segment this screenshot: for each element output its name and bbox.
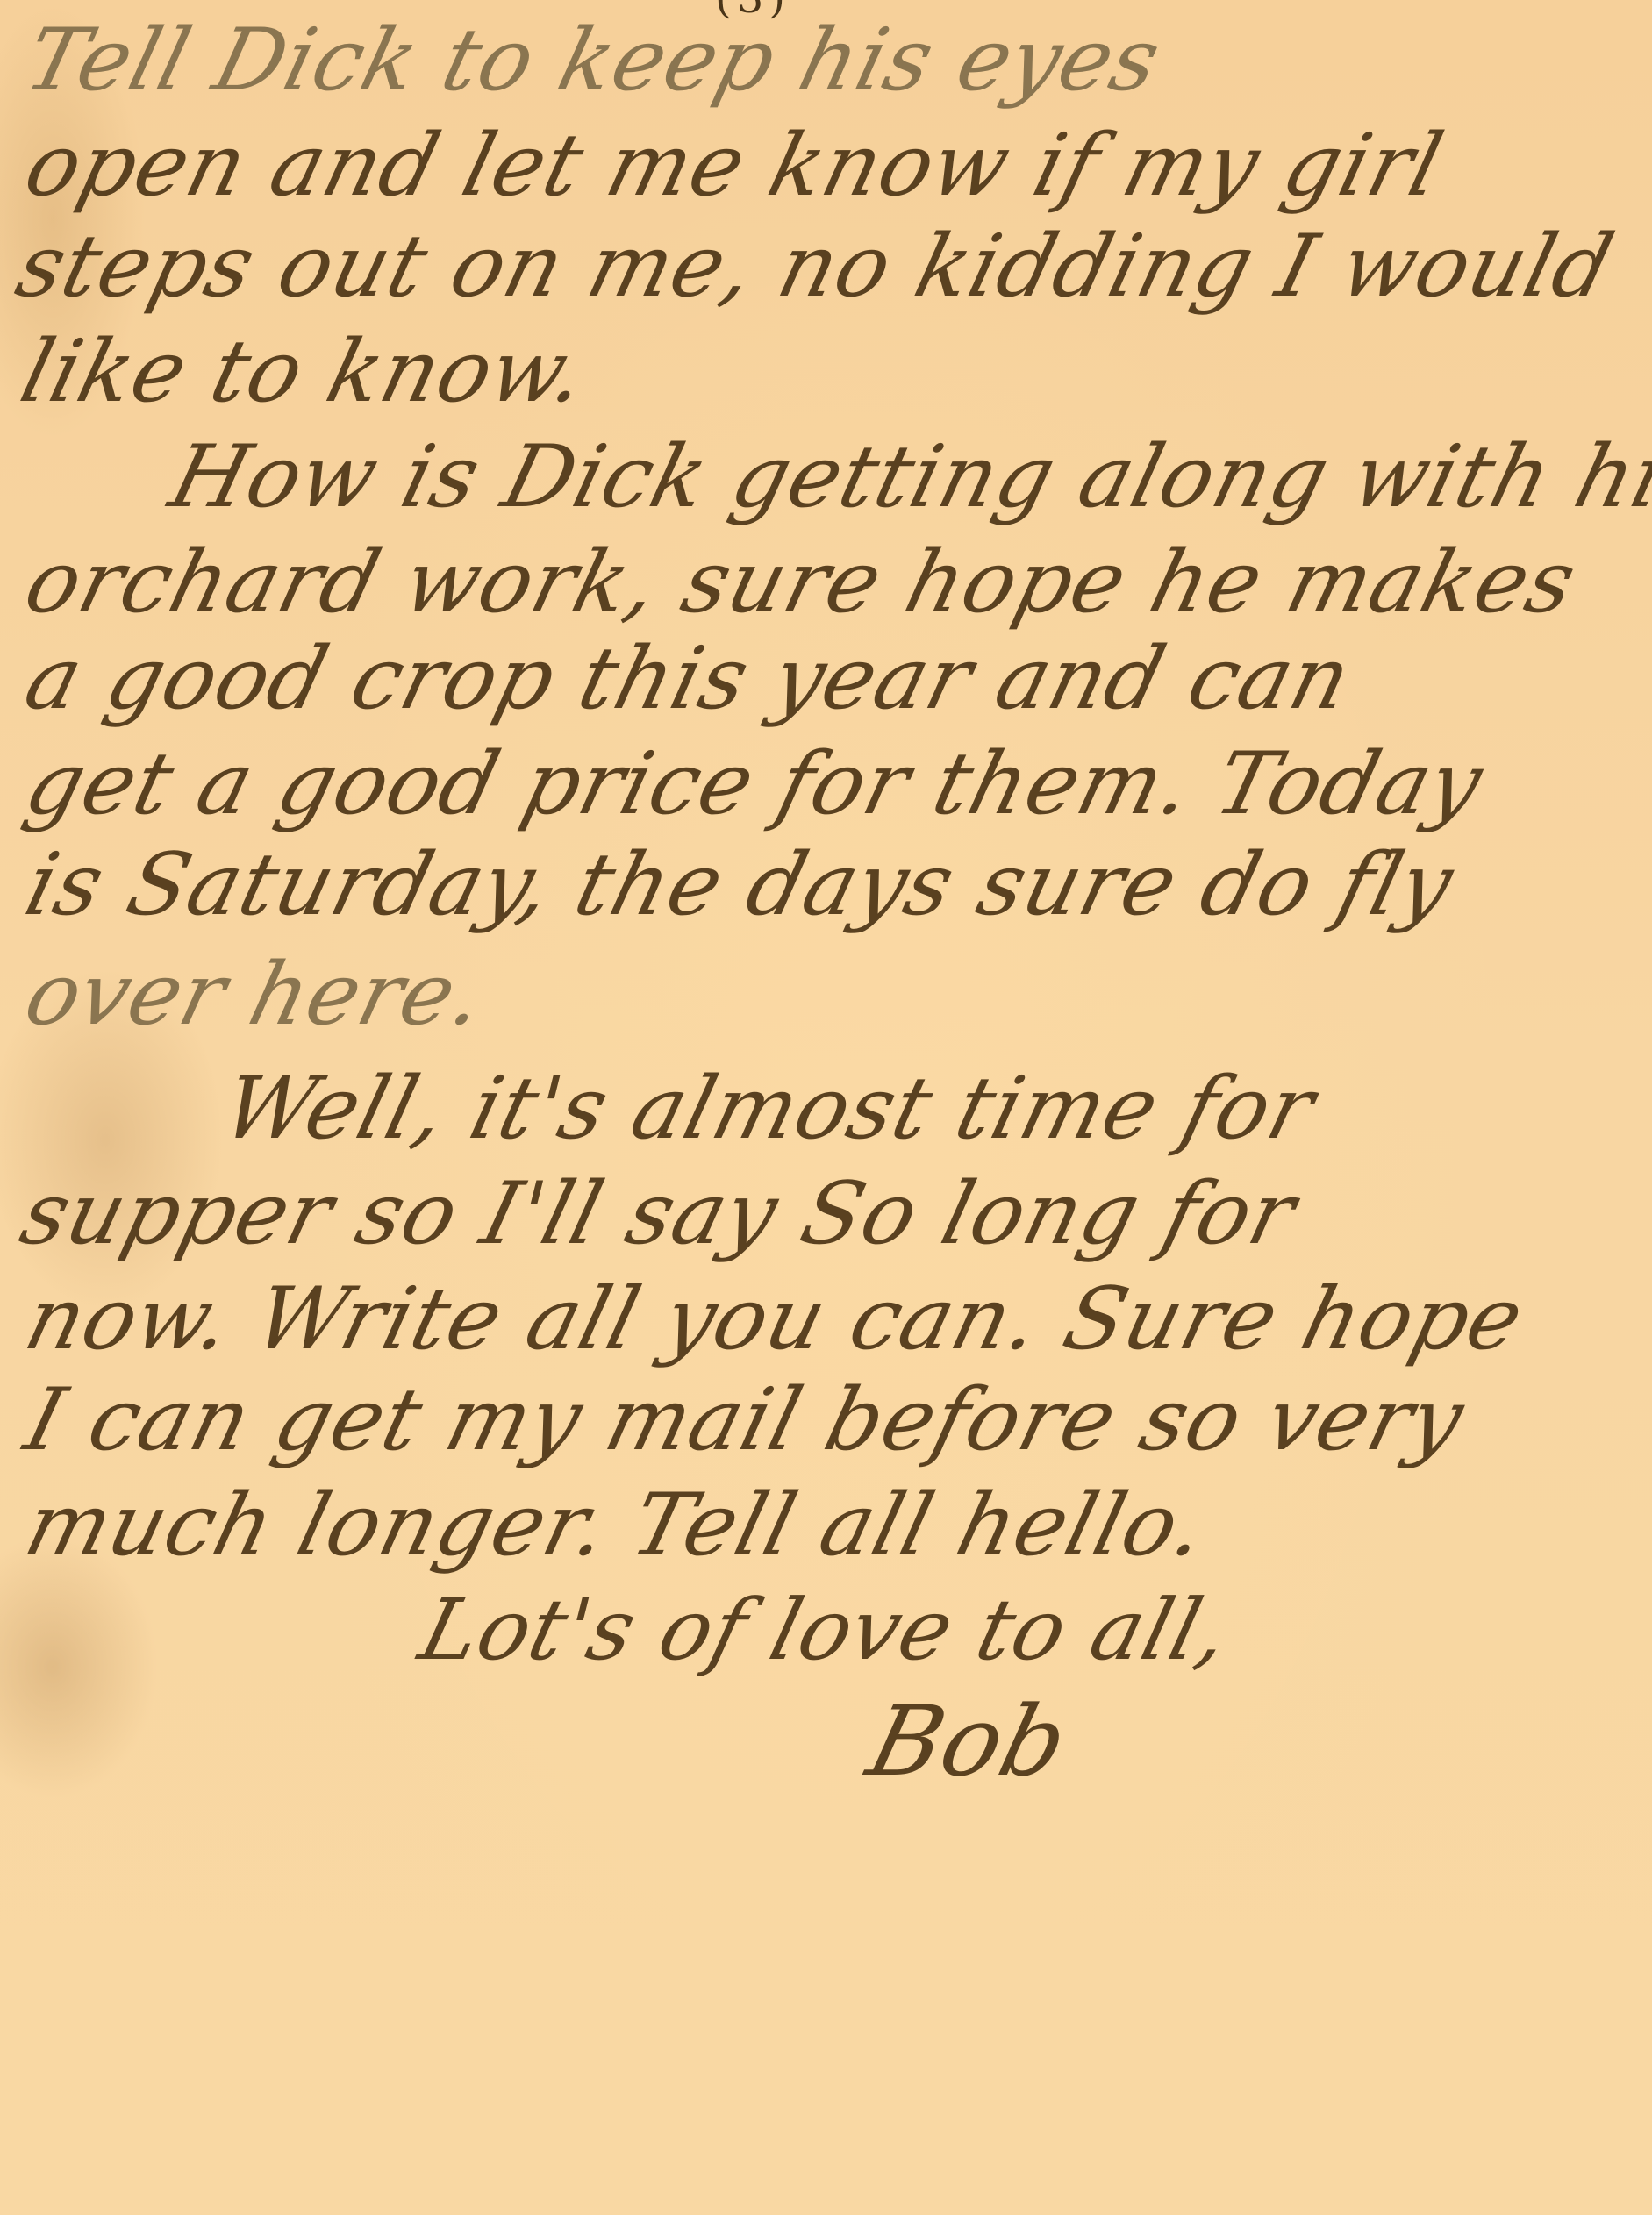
closing-line: Lot's of love to all,: [412, 1588, 1238, 1672]
letter-line: How is Dick getting along with his: [162, 434, 1652, 520]
letter-line: orchard work, sure hope he makes: [18, 539, 1584, 625]
signature: Bob: [860, 1693, 1077, 1790]
letter-line: open and let me know if my girl: [18, 123, 1451, 209]
letter-line: I can get my mail before so very: [18, 1377, 1472, 1463]
letter-line: Tell Dick to keep his eyes: [18, 18, 1169, 104]
letter-line: supper so I'll say So long for: [13, 1171, 1304, 1257]
letter-page: (3) Tell Dick to keep his eyes open and …: [0, 0, 1652, 2215]
letter-line: a good crop this year and can: [18, 636, 1359, 722]
letter-line: is Saturday, the days sure do fly: [18, 842, 1462, 928]
letter-line: over here.: [18, 952, 493, 1038]
letter-line: Well, it's almost time for: [215, 1066, 1323, 1152]
letter-line: now. Write all you can. Sure hope: [18, 1276, 1532, 1362]
letter-line: get a good price for them. Today: [18, 741, 1491, 827]
letter-line: much longer. Tell all hello.: [18, 1483, 1214, 1568]
letter-line: like to know.: [13, 329, 595, 415]
letter-line: steps out on me, no kidding I would: [9, 224, 1621, 310]
